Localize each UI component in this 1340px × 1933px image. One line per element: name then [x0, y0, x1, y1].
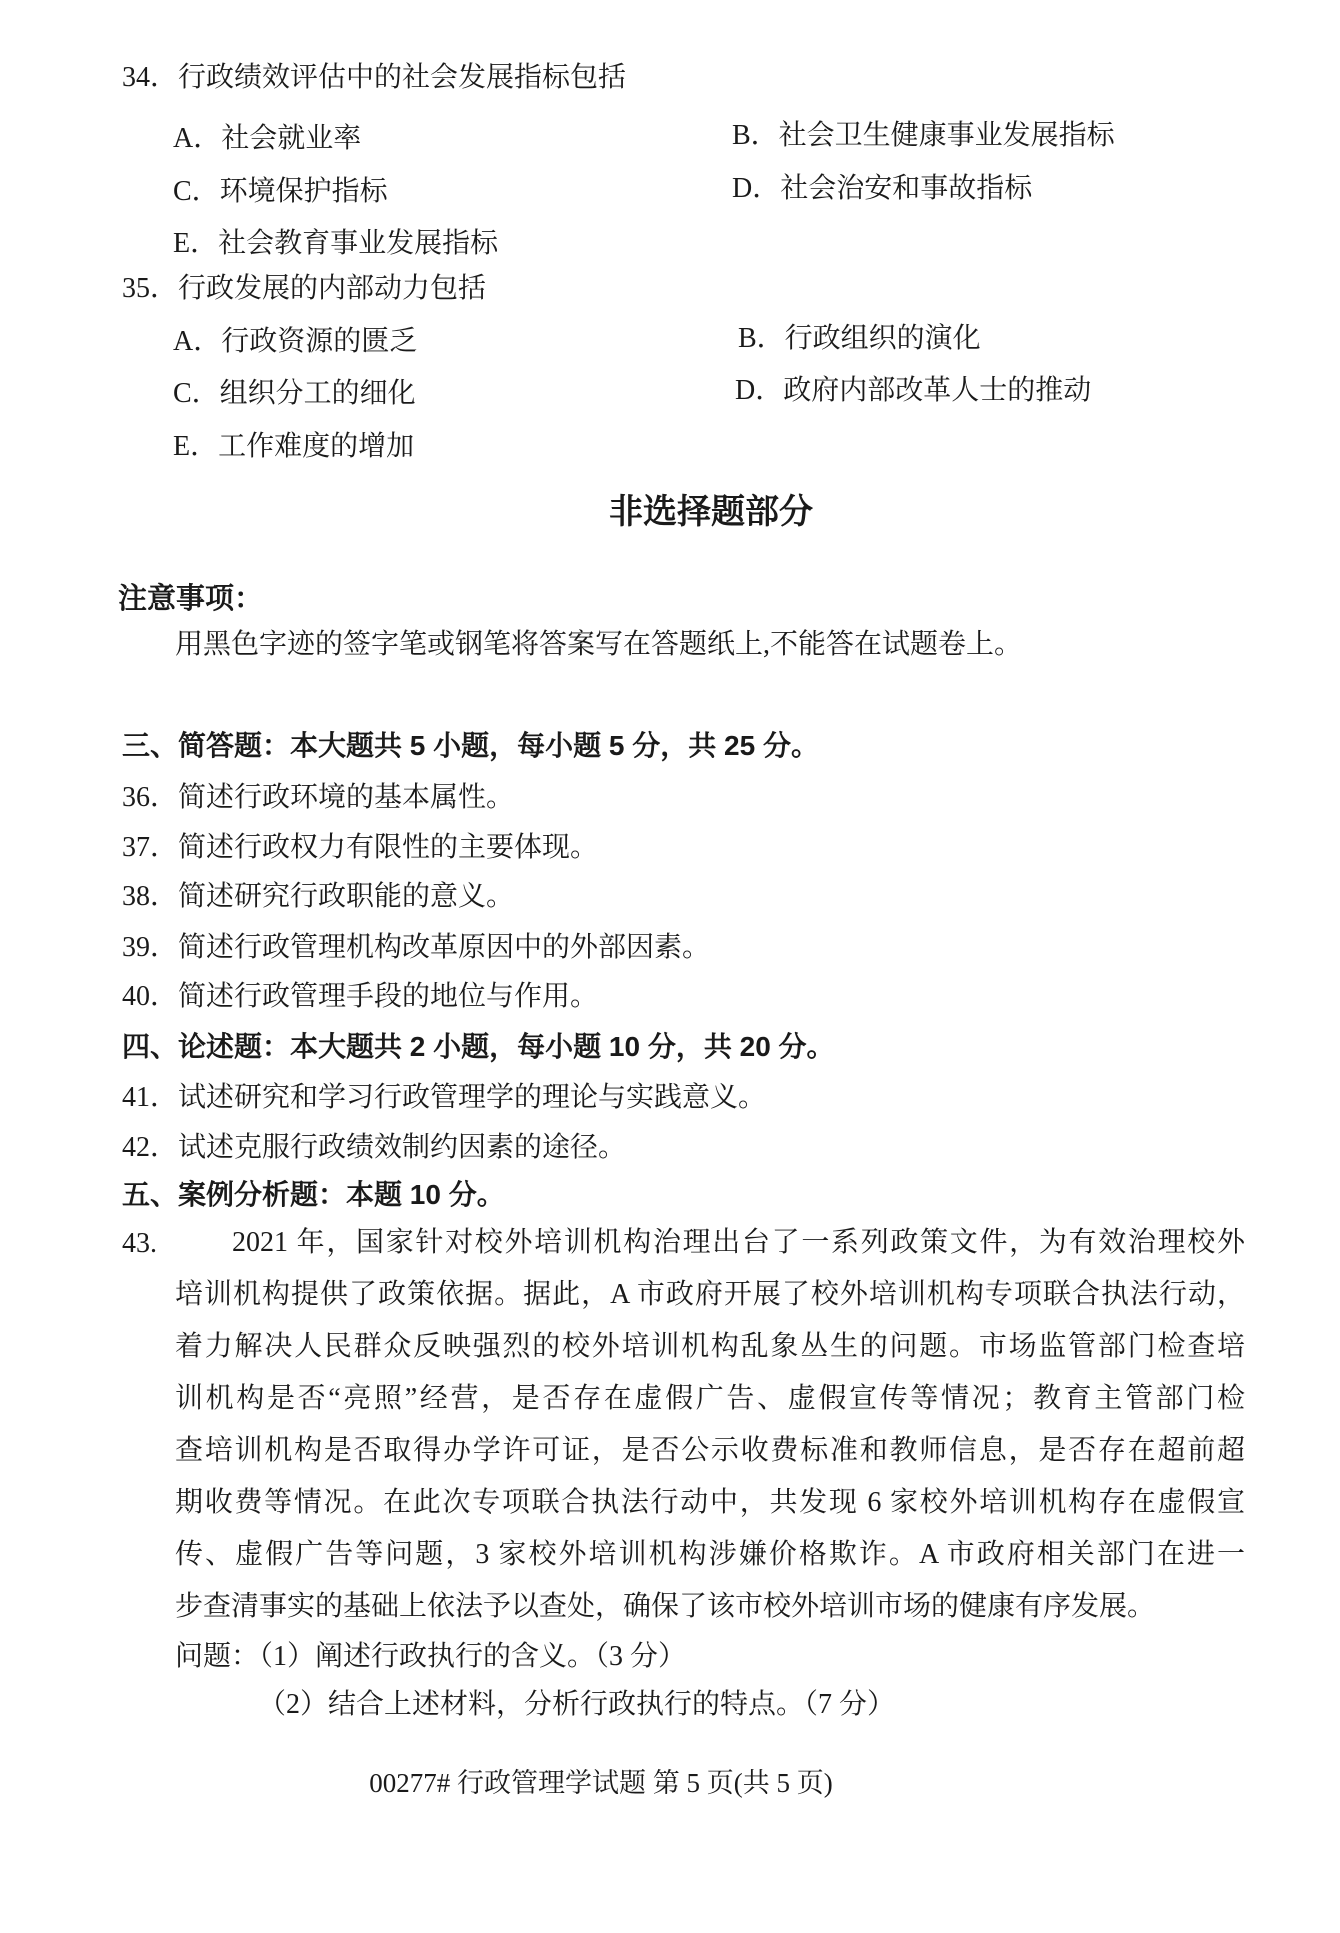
case-text-line-2: 培训机构提供了政策依据。据此，A 市政府开展了校外培训机构专项联合执法行动， [175, 1278, 1245, 1312]
question-35-stem: 35．行政发展的内部动力包括 [122, 271, 486, 307]
case-text-line-4: 训机构是否“亮照”经营，是否存在虚假广告、虚假宣传等情况；教育主管部门检 [175, 1382, 1245, 1416]
question-35-option-d: D．政府内部改革人士的推动 [735, 373, 1091, 409]
notice-text: 用黑色字迹的签字笔或钢笔将答案写在答题纸上,不能答在试题卷上。 [175, 627, 1022, 663]
question-35-option-a: A．行政资源的匮乏 [173, 324, 417, 360]
question-38: 38．简述研究行政职能的意义。 [122, 879, 514, 915]
exam-page: 34．行政绩效评估中的社会发展指标包括 A．社会就业率 B．社会卫生健康事业发展… [0, 0, 1340, 1933]
question-34-option-e: E．社会教育事业发展指标 [173, 226, 498, 262]
case-text-line-3: 着力解决人民群众反映强烈的校外培训机构乱象丛生的问题。市场监管部门检查培 [175, 1330, 1245, 1364]
case-analysis-header: 五、案例分析题：本题 10 分。 [122, 1177, 505, 1213]
question-34-option-a: A．社会就业率 [173, 121, 361, 157]
case-question-2: （2）结合上述材料，分析行政执行的特点。（7 分） [258, 1688, 895, 1722]
question-41: 41．试述研究和学习行政管理学的理论与实践意义。 [122, 1080, 766, 1116]
question-42: 42．试述克服行政绩效制约因素的途径。 [122, 1130, 626, 1166]
case-text-line-7: 传、虚假广告等问题，3 家校外培训机构涉嫌价格欺诈。A 市政府相关部门在进一 [175, 1538, 1245, 1572]
question-34-stem: 34．行政绩效评估中的社会发展指标包括 [122, 60, 626, 96]
question-39: 39．简述行政管理机构改革原因中的外部因素。 [122, 930, 710, 966]
question-34-option-b: B．社会卫生健康事业发展指标 [732, 118, 1115, 154]
short-answer-header: 三、简答题：本大题共 5 小题，每小题 5 分，共 25 分。 [122, 728, 819, 764]
notice-label: 注意事项： [118, 581, 263, 617]
page-footer: 00277# 行政管理学试题 第 5 页(共 5 页) [369, 1761, 832, 1800]
question-40: 40．简述行政管理手段的地位与作用。 [122, 979, 598, 1015]
question-43-number: 43. [122, 1226, 157, 1262]
question-37: 37．简述行政权力有限性的主要体现。 [122, 830, 598, 866]
question-35-option-b: B．行政组织的演化 [738, 321, 981, 357]
essay-header: 四、论述题：本大题共 2 小题，每小题 10 分，共 20 分。 [122, 1029, 835, 1065]
question-34-option-d: D．社会治安和事故指标 [732, 171, 1032, 207]
question-34-option-c: C．环境保护指标 [173, 174, 388, 210]
section-title: 非选择题部分 [609, 492, 813, 532]
question-35-option-c: C．组织分工的细化 [173, 376, 416, 412]
case-text-line-5: 查培训机构是否取得办学许可证，是否公示收费标准和教师信息，是否存在超前超 [175, 1434, 1245, 1468]
case-text-line-8: 步查清事实的基础上依法予以查处，确保了该市校外培训市场的健康有序发展。 [175, 1590, 1155, 1624]
case-text-line-6: 期收费等情况。在此次专项联合执法行动中，共发现 6 家校外培训机构存在虚假宣 [175, 1486, 1245, 1520]
case-text-line-1: 2021 年，国家针对校外培训机构治理出台了一系列政策文件，为有效治理校外 [232, 1226, 1245, 1260]
case-question-1: 问题：（1）阐述行政执行的含义。（3 分） [175, 1640, 686, 1674]
question-35-option-e: E．工作难度的增加 [173, 429, 414, 465]
question-36: 36．简述行政环境的基本属性。 [122, 780, 514, 816]
